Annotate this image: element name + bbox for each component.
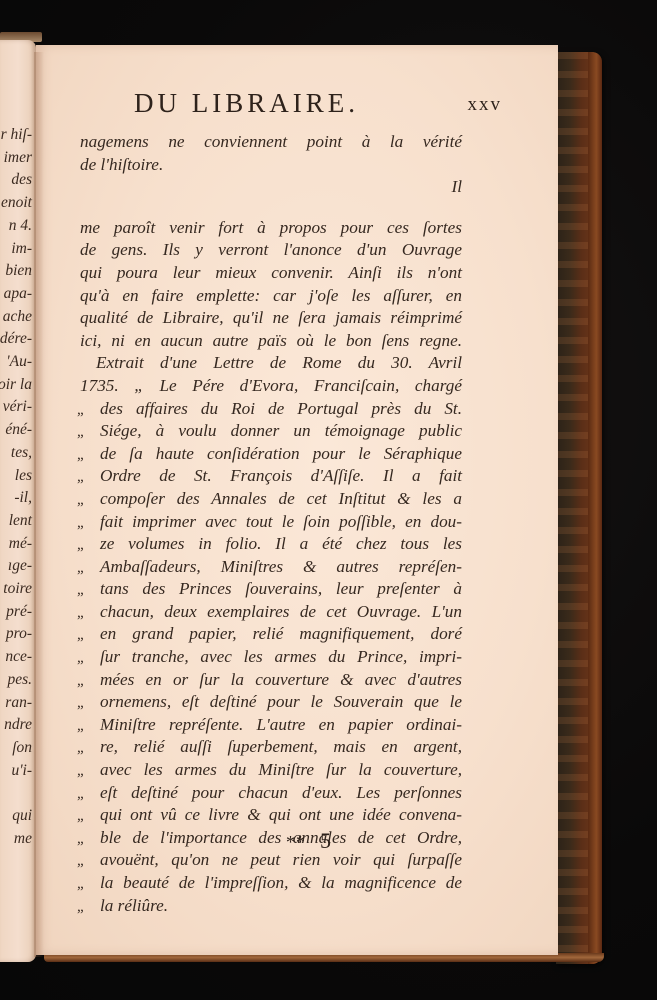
quote-mark: „ bbox=[77, 692, 83, 715]
text-line: qu'à en faire emplette: car j'oſe les aſ… bbox=[80, 285, 462, 308]
text-line: „en grand papier, relié magnifiquement, … bbox=[80, 623, 462, 646]
cover-edge bbox=[588, 52, 602, 964]
line-text: avouënt, qu'on ne peut rien voir qui ſur… bbox=[100, 849, 462, 872]
line-text: ble de l'importance des annales de cet O… bbox=[100, 827, 462, 850]
left-page-fragment: apa- bbox=[4, 285, 32, 303]
left-page-fragment: véri- bbox=[3, 398, 32, 416]
line-text: ze volumes in folio. Il a été chez tous … bbox=[100, 533, 462, 556]
left-page-fragment: me bbox=[14, 830, 32, 848]
text-line: „ornemens, eſt deſtiné pour le Souverain… bbox=[80, 691, 462, 714]
line-text: qui poura leur mieux convenir. Ainſi ils… bbox=[80, 262, 462, 285]
text-line: „chacun, deux exemplaires de cet Ouvrage… bbox=[80, 601, 462, 624]
text-line: „Ambaſſadeurs, Miniſtres & autres repréſ… bbox=[80, 556, 462, 579]
text-line: 1735. „ Le Pére d'Evora, Franciſcain, ch… bbox=[80, 375, 462, 398]
page-folio: xxv bbox=[468, 94, 503, 116]
quote-mark: „ bbox=[77, 421, 83, 444]
quote-mark: „ bbox=[77, 783, 83, 806]
text-line: „re, relié auſſi ſuperbement, mais en ar… bbox=[80, 736, 462, 759]
left-page-fragment: nce- bbox=[5, 648, 32, 666]
left-page-fragment: pes. bbox=[7, 671, 32, 689]
quote-mark: „ bbox=[77, 850, 83, 873]
line-text: compoſer des Annales de cet Inſtitut & l… bbox=[100, 488, 462, 511]
quote-mark: „ bbox=[77, 760, 83, 783]
text-line: qui poura leur mieux convenir. Ainſi ils… bbox=[80, 262, 462, 285]
quote-mark: „ bbox=[77, 534, 83, 557]
line-text: de ſa haute conſidération pour le Séraph… bbox=[100, 443, 462, 466]
quote-mark: „ bbox=[77, 737, 83, 760]
text-line: „Ordre de St. François d'Aſſiſe. Il a fa… bbox=[80, 465, 462, 488]
quote-mark: „ bbox=[77, 715, 83, 738]
text-line: „la beauté de l'impreſſion, & la magnifi… bbox=[80, 872, 462, 895]
line-text: la réliûre. bbox=[100, 895, 462, 918]
text-line: Il bbox=[80, 176, 462, 199]
left-page-fragment: les bbox=[15, 467, 32, 485]
quote-mark: „ bbox=[77, 670, 83, 693]
left-page-fragment: ndre bbox=[4, 716, 32, 734]
text-line: me paroît venir fort à propos pour ces ſ… bbox=[80, 217, 462, 240]
left-page-fragment: éné- bbox=[5, 421, 32, 439]
left-page-fragment: im- bbox=[11, 240, 32, 258]
left-page-fragment: oir la bbox=[0, 376, 32, 394]
text-line: „la réliûre. bbox=[80, 895, 462, 918]
line-text: eſt deſtiné pour chacun d'eux. Les perſo… bbox=[100, 782, 462, 805]
text-line: „fait imprimer avec tout le ſoin poſſibl… bbox=[80, 511, 462, 534]
quote-mark: „ bbox=[77, 444, 83, 467]
left-page-fragment: mé- bbox=[9, 535, 32, 553]
line-text: Siége, à voulu donner un témoignage publ… bbox=[100, 420, 462, 443]
quote-mark: „ bbox=[77, 512, 83, 535]
text-line: „qui ont vû ce livre & qui ont une idée … bbox=[80, 804, 462, 827]
left-page-fragment: bien bbox=[5, 262, 32, 280]
running-head-title: DU LIBRAIRE. bbox=[134, 88, 359, 119]
line-text: nagemens ne conviennent point à la vérit… bbox=[80, 131, 462, 154]
gutter-shadow bbox=[34, 52, 44, 957]
line-text: re, relié auſſi ſuperbement, mais en arg… bbox=[100, 736, 462, 759]
text-line: „eſt deſtiné pour chacun d'eux. Les perſ… bbox=[80, 782, 462, 805]
left-page-fragment: qui bbox=[12, 807, 32, 825]
quote-mark: „ bbox=[77, 557, 83, 580]
line-text: mées en or ſur la couverture & avec d'au… bbox=[100, 669, 462, 692]
left-page-fragment: lent bbox=[9, 512, 32, 530]
line-text: Miniſtre repréſente. L'autre en papier o… bbox=[100, 714, 462, 737]
text-line: „Siége, à voulu donner un témoignage pub… bbox=[80, 420, 462, 443]
left-page-fragment: 'Au- bbox=[6, 353, 32, 371]
left-page-fragment: r hiſ- bbox=[1, 126, 32, 144]
text-line: nagemens ne conviennent point à la vérit… bbox=[80, 131, 462, 154]
line-text: fait imprimer avec tout le ſoin poſſible… bbox=[100, 511, 462, 534]
quote-mark: „ bbox=[77, 602, 83, 625]
line-text: Extrait d'une Lettre de Rome du 30. Avri… bbox=[96, 352, 462, 375]
text-line: Extrait d'une Lettre de Rome du 30. Avri… bbox=[80, 352, 462, 375]
left-page-fragment: enoit bbox=[1, 194, 32, 212]
text-line: „tans des Princes ſouverains, leur preſe… bbox=[80, 578, 462, 601]
text-line: „avouënt, qu'on ne peut rien voir qui ſu… bbox=[80, 849, 462, 872]
line-text: ici, ni en aucun autre païs où le bon ſe… bbox=[80, 330, 462, 353]
left-page-fragment: pro- bbox=[6, 625, 32, 643]
text-line: „ble de l'importance des annales de cet … bbox=[80, 827, 462, 850]
right-page: DU LIBRAIRE. xxv nagemens ne conviennent… bbox=[36, 45, 558, 955]
line-text: avec les armes du Miniſtre ſur la couver… bbox=[100, 759, 462, 782]
text-line: „ſur tranche, avec les armes du Prince, … bbox=[80, 646, 462, 669]
left-page-fragment: imer bbox=[4, 149, 32, 167]
text-line: „compoſer des Annales de cet Inſtitut & … bbox=[80, 488, 462, 511]
line-text: ornemens, eſt deſtiné pour le Souverain … bbox=[100, 691, 462, 714]
line-text: Ambaſſadeurs, Miniſtres & autres repréſe… bbox=[100, 556, 462, 579]
line-text: chacun, deux exemplaires de cet Ouvrage.… bbox=[100, 601, 462, 624]
text-line: „des affaires du Roi de Portugal près du… bbox=[80, 398, 462, 421]
text-line: „Miniſtre repréſente. L'autre en papier … bbox=[80, 714, 462, 737]
quote-mark: „ bbox=[77, 466, 83, 489]
left-page-fragment: u'i- bbox=[11, 762, 32, 780]
body-text: nagemens ne conviennent point à la vérit… bbox=[80, 131, 462, 917]
line-text: de l'hiſtoire. bbox=[80, 154, 462, 177]
left-page-fragment: ran- bbox=[5, 694, 32, 712]
text-line: de l'hiſtoire. bbox=[80, 154, 462, 177]
quote-mark: „ bbox=[77, 873, 83, 896]
left-page-fragment: ache bbox=[3, 308, 32, 326]
left-page: r hiſ-imerdesenoitn 4.im-bienapa-achedér… bbox=[0, 40, 36, 962]
line-text: qu'à en faire emplette: car j'oſe les aſ… bbox=[80, 285, 462, 308]
text-line: „mées en or ſur la couverture & avec d'a… bbox=[80, 669, 462, 692]
signature-mark: ** 5 bbox=[286, 828, 331, 854]
text-line: „ze volumes in folio. Il a été chez tous… bbox=[80, 533, 462, 556]
text-line: „avec les armes du Miniſtre ſur la couve… bbox=[80, 759, 462, 782]
quote-mark: „ bbox=[77, 579, 83, 602]
line-text: qui ont vû ce livre & qui ont une idée c… bbox=[100, 804, 462, 827]
signature-number: 5 bbox=[320, 828, 331, 853]
left-page-fragment: tes, bbox=[11, 444, 32, 462]
quote-mark: „ bbox=[77, 828, 83, 851]
signature-stars: ** bbox=[286, 832, 306, 852]
line-text: Ordre de St. François d'Aſſiſe. Il a fai… bbox=[100, 465, 462, 488]
line-text: tans des Princes ſouverains, leur preſen… bbox=[100, 578, 462, 601]
quote-mark: „ bbox=[77, 399, 83, 422]
left-page-fragment: dére- bbox=[0, 330, 32, 348]
line-text: 1735. „ Le Pére d'Evora, Franciſcain, ch… bbox=[80, 375, 462, 398]
line-text: de gens. Ils y verront l'anonce d'un Ouv… bbox=[80, 239, 462, 262]
quote-mark: „ bbox=[77, 489, 83, 512]
left-page-fragment: -il, bbox=[14, 489, 32, 507]
left-page-fragment: pré- bbox=[6, 603, 32, 621]
line-text: ſur tranche, avec les armes du Prince, i… bbox=[100, 646, 462, 669]
left-page-fragment: des bbox=[11, 171, 32, 189]
line-text: la beauté de l'impreſſion, & la magnific… bbox=[100, 872, 462, 895]
book-cover-board bbox=[556, 52, 602, 964]
left-page-fragment: n 4. bbox=[9, 217, 32, 235]
line-text: des affaires du Roi de Portugal près du … bbox=[100, 398, 462, 421]
line-text: qualité de Libraire, qu'il ne ſera jamai… bbox=[80, 307, 462, 330]
text-line: qualité de Libraire, qu'il ne ſera jamai… bbox=[80, 307, 462, 330]
left-page-fragment: ſon bbox=[12, 739, 32, 757]
quote-mark: „ bbox=[77, 805, 83, 828]
line-text: Il bbox=[80, 176, 462, 199]
left-page-fragment: toire bbox=[3, 580, 32, 598]
text-line: „de ſa haute conſidération pour le Sérap… bbox=[80, 443, 462, 466]
line-text: me paroît venir fort à propos pour ces ſ… bbox=[80, 217, 462, 240]
quote-mark: „ bbox=[77, 647, 83, 670]
line-text: en grand papier, relié magnifiquement, d… bbox=[100, 623, 462, 646]
quote-mark: „ bbox=[77, 624, 83, 647]
left-page-fragment: ıge- bbox=[8, 557, 32, 575]
quote-mark: „ bbox=[77, 896, 83, 919]
text-line: ici, ni en aucun autre païs où le bon ſe… bbox=[80, 330, 462, 353]
text-line: de gens. Ils y verront l'anonce d'un Ouv… bbox=[80, 239, 462, 262]
paragraph-gap bbox=[80, 199, 462, 217]
